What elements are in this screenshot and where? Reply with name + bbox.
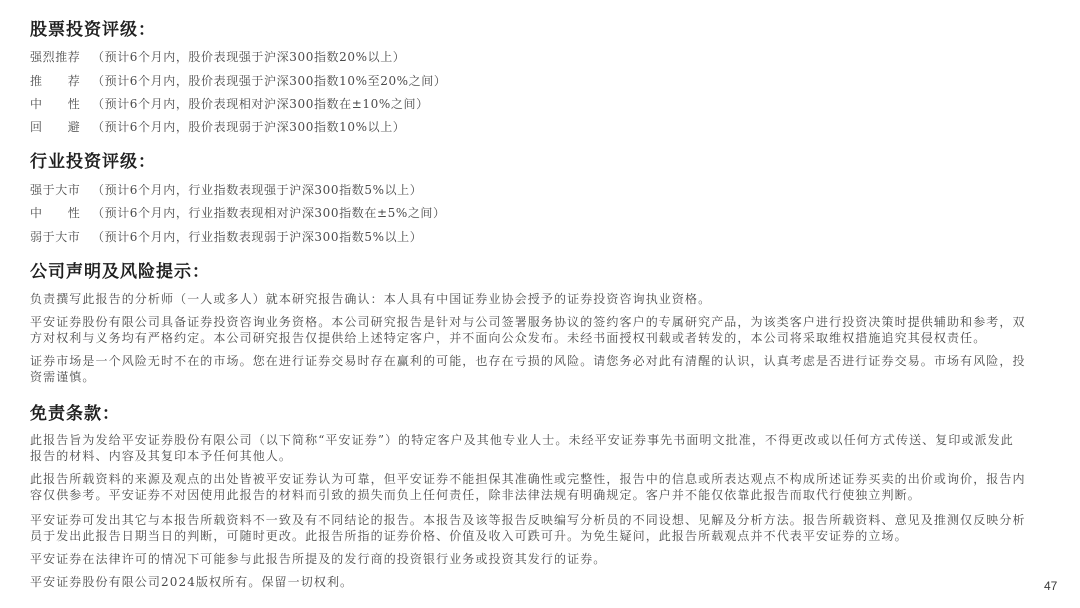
disclaimer-line: 员于发出此报告日期当日的判断，可随时更改。此报告所指的证券价格、价值及收入可跌可… bbox=[30, 528, 1050, 544]
rating-name: 回 避 bbox=[30, 119, 92, 135]
rating-desc: （预计6个月内，行业指数表现弱于沪深300指数5%以上） bbox=[92, 230, 422, 244]
rating-name: 强烈推荐 bbox=[30, 49, 92, 65]
rating-name: 推 荐 bbox=[30, 73, 92, 89]
rating-desc: （预计6个月内，股价表现强于沪深300指数20%以上） bbox=[92, 50, 405, 64]
industry-rating-heading: 行业投资评级： bbox=[30, 152, 156, 172]
disclaimer-heading: 免责条款： bbox=[30, 404, 120, 424]
disclaimer-line: 容仅供参考。平安证券不对因使用此报告的材料而引致的损失而负上任何责任，除非法律法… bbox=[30, 487, 1050, 503]
stock-rating-item: 中 性（预计6个月内，股价表现相对沪深300指数在±10%之间） bbox=[30, 96, 429, 112]
page-number: 47 bbox=[1044, 579, 1057, 593]
rating-name: 强于大市 bbox=[30, 182, 92, 198]
stock-rating-heading: 股票投资评级： bbox=[30, 20, 156, 40]
rating-desc: （预计6个月内，股价表现弱于沪深300指数10%以上） bbox=[92, 120, 405, 134]
statement-line: 方对权利与义务均有严格约定。本公司研究报告仅提供给上述特定客户，并不面向公众发布… bbox=[30, 330, 1050, 346]
industry-rating-item: 弱于大市（预计6个月内，行业指数表现弱于沪深300指数5%以上） bbox=[30, 229, 422, 245]
stock-rating-item: 强烈推荐（预计6个月内，股价表现强于沪深300指数20%以上） bbox=[30, 49, 405, 65]
industry-rating-item: 强于大市（预计6个月内，行业指数表现强于沪深300指数5%以上） bbox=[30, 182, 422, 198]
rating-desc: （预计6个月内，行业指数表现相对沪深300指数在±5%之间） bbox=[92, 206, 446, 220]
disclaimer-line: 此报告旨为发给平安证券股份有限公司（以下简称“平安证券”）的特定客户及其他专业人… bbox=[30, 432, 1050, 448]
company-statement-heading: 公司声明及风险提示： bbox=[30, 262, 210, 282]
rating-desc: （预计6个月内，股价表现相对沪深300指数在±10%之间） bbox=[92, 97, 429, 111]
statement-line: 证券市场是一个风险无时不在的市场。您在进行证券交易时存在赢利的可能，也存在亏损的… bbox=[30, 353, 1050, 369]
disclaimer-line: 报告的材料、内容及其复印本予任何其他人。 bbox=[30, 448, 1050, 464]
disclaimer-line: 平安证券股份有限公司2024版权所有。保留一切权利。 bbox=[30, 574, 1050, 590]
disclaimer-line: 平安证券可发出其它与本报告所载资料不一致及有不同结论的报告。本报告及该等报告反映… bbox=[30, 512, 1050, 528]
statement-line: 平安证券股份有限公司具备证券投资咨询业务资格。本公司研究报告是针对与公司签署服务… bbox=[30, 314, 1050, 330]
rating-name: 中 性 bbox=[30, 96, 92, 112]
industry-rating-item: 中 性（预计6个月内，行业指数表现相对沪深300指数在±5%之间） bbox=[30, 205, 446, 221]
statement-line: 资需谨慎。 bbox=[30, 369, 1050, 385]
disclaimer-line: 此报告所载资料的来源及观点的出处皆被平安证券认为可靠，但平安证券不能担保其准确性… bbox=[30, 471, 1050, 487]
disclaimer-page: 股票投资评级： 强烈推荐（预计6个月内，股价表现强于沪深300指数20%以上） … bbox=[0, 0, 1080, 608]
statement-line: 负责撰写此报告的分析师（一人或多人）就本研究报告确认：本人具有中国证券业协会授予… bbox=[30, 291, 1050, 307]
stock-rating-item: 回 避（预计6个月内，股价表现弱于沪深300指数10%以上） bbox=[30, 119, 405, 135]
rating-name: 中 性 bbox=[30, 205, 92, 221]
rating-desc: （预计6个月内，行业指数表现强于沪深300指数5%以上） bbox=[92, 183, 422, 197]
stock-rating-item: 推 荐（预计6个月内，股价表现强于沪深300指数10%至20%之间） bbox=[30, 73, 447, 89]
rating-desc: （预计6个月内，股价表现强于沪深300指数10%至20%之间） bbox=[92, 74, 447, 88]
rating-name: 弱于大市 bbox=[30, 229, 92, 245]
disclaimer-line: 平安证券在法律许可的情况下可能参与此报告所提及的发行商的投资银行业务或投资其发行… bbox=[30, 551, 1050, 567]
